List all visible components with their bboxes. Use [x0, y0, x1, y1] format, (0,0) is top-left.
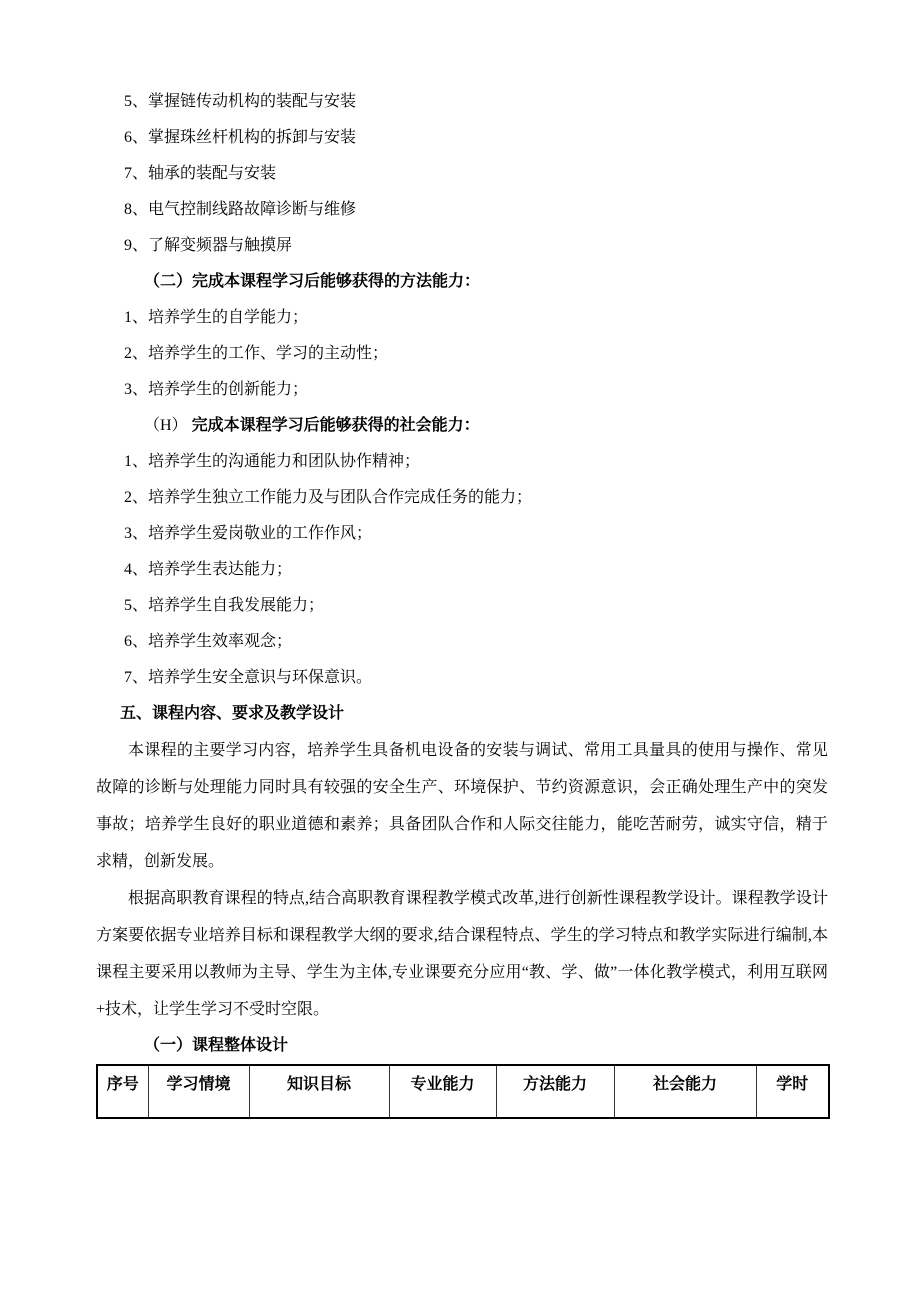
list-item: 2、培养学生的工作、学习的主动性； — [96, 336, 828, 372]
social-ability-heading: （H）完成本课程学习后能够获得的社会能力： — [96, 408, 828, 444]
method-ability-heading: （二）完成本课程学习后能够获得的方法能力： — [96, 264, 828, 300]
header-cell-social-ability: 社会能力 — [614, 1065, 756, 1118]
list-item: 6、培养学生效率观念； — [96, 624, 828, 660]
teaching-design-paragraph: 根据高职教育课程的特点,结合高职教育课程教学模式改革,进行创新性课程教学设计。课… — [96, 880, 828, 1028]
social-heading-prefix: （H） — [144, 417, 188, 434]
list-item: 1、培养学生的沟通能力和团队协作精神； — [96, 444, 828, 480]
list-item: 8、电气控制线路故障诊断与维修 — [96, 192, 828, 228]
header-cell-knowledge-goal: 知识目标 — [249, 1065, 389, 1118]
header-cell-professional-ability: 专业能力 — [389, 1065, 496, 1118]
header-cell-learning-situation: 学习情境 — [148, 1065, 249, 1118]
header-cell-index: 序号 — [97, 1065, 148, 1118]
list-item: 9、了解变频器与触摸屏 — [96, 228, 828, 264]
list-item: 5、掌握链传动机构的装配与安装 — [96, 84, 828, 120]
course-content-paragraph: 本课程的主要学习内容，培养学生具备机电设备的安装与调试、常用工具量具的使用与操作… — [96, 732, 828, 880]
list-item: 6、掌握珠丝杆机构的拆卸与安装 — [96, 120, 828, 156]
list-item: 7、轴承的装配与安装 — [96, 156, 828, 192]
list-item: 7、培养学生安全意识与环保意识。 — [96, 660, 828, 696]
list-item: 4、培养学生表达能力； — [96, 552, 828, 588]
course-overall-design-table: 序号 学习情境 知识目标 专业能力 方法能力 社会能力 学时 — [96, 1064, 830, 1119]
course-content-heading: 五、课程内容、要求及教学设计 — [96, 696, 828, 732]
document-page: 5、掌握链传动机构的装配与安装 6、掌握珠丝杆机构的拆卸与安装 7、轴承的装配与… — [0, 0, 920, 1301]
social-heading-text: 完成本课程学习后能够获得的社会能力： — [192, 417, 480, 434]
list-item: 2、培养学生独立工作能力及与团队合作完成任务的能力； — [96, 480, 828, 516]
table-header-row: 序号 学习情境 知识目标 专业能力 方法能力 社会能力 学时 — [97, 1065, 829, 1118]
header-cell-class-hours: 学时 — [756, 1065, 829, 1118]
overall-design-heading: （一）课程整体设计 — [96, 1028, 828, 1064]
list-item: 1、培养学生的自学能力； — [96, 300, 828, 336]
list-item: 3、培养学生爱岗敬业的工作作风； — [96, 516, 828, 552]
header-cell-method-ability: 方法能力 — [496, 1065, 614, 1118]
list-item: 3、培养学生的创新能力； — [96, 372, 828, 408]
list-item: 5、培养学生自我发展能力； — [96, 588, 828, 624]
